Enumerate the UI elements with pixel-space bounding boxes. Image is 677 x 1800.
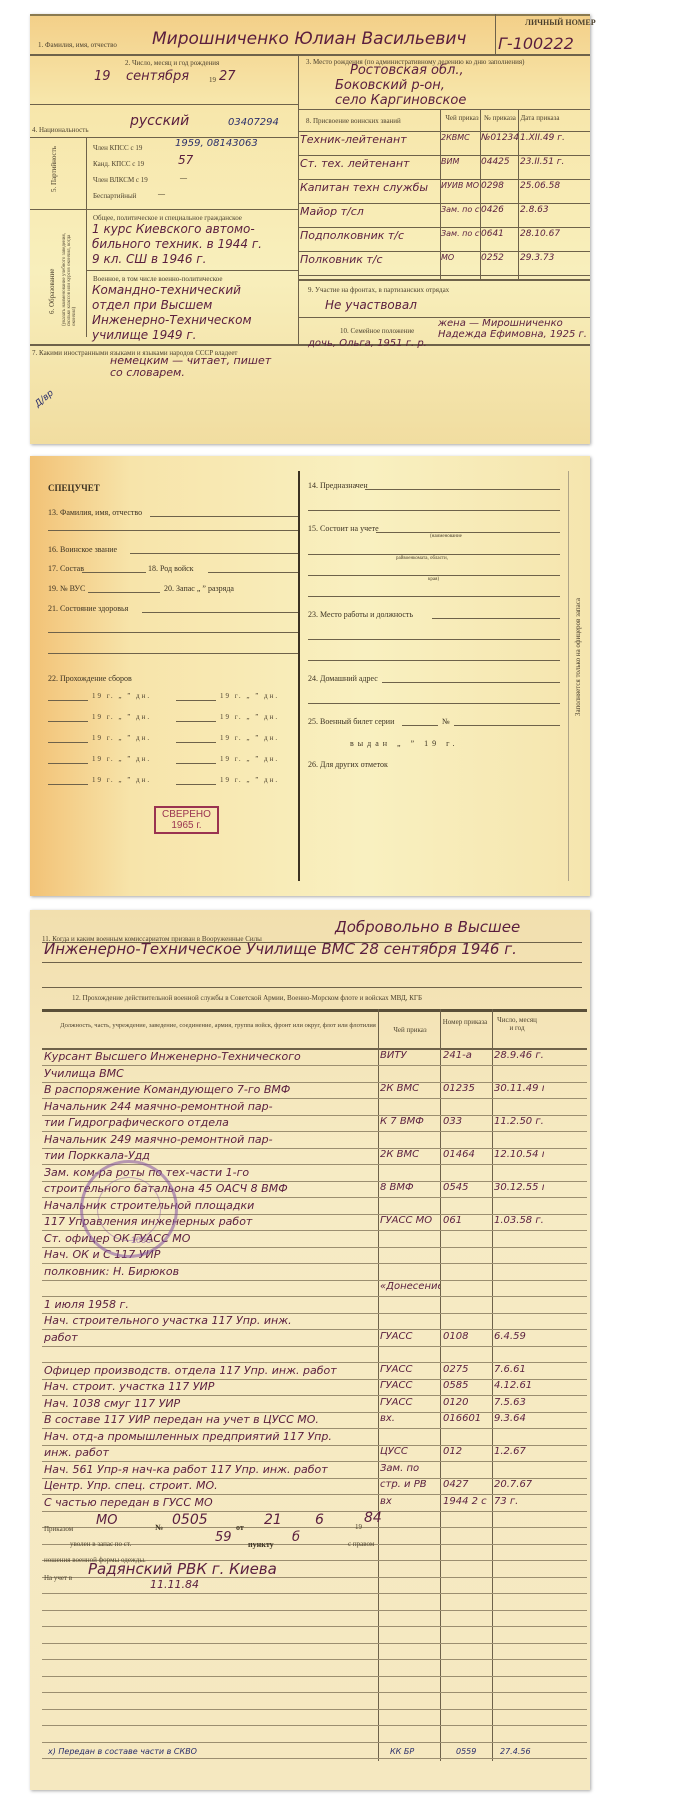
row-line <box>42 1098 587 1099</box>
divider <box>42 1009 587 1012</box>
field-nationality-label: 4. Национальность <box>32 126 89 134</box>
row-line <box>42 1478 587 1479</box>
education-military-label: Военное, в том числе военно-политическое <box>93 275 222 283</box>
row-line <box>42 1296 587 1297</box>
field-line <box>308 575 560 576</box>
family-line: дочь, Ольга, 1951 г. р. <box>308 338 427 349</box>
service-order-date: 6.4.59 <box>494 1331 544 1342</box>
education-general-line: бильного техник. в 1944 г. <box>92 237 262 251</box>
rank-order-by: ИУИВ МО <box>441 181 481 190</box>
ranks-header-by: Чей приказ <box>442 114 482 122</box>
discharge-point: б <box>292 1530 300 1545</box>
rank-order-by: Зам. по стр. и РВ <box>441 205 481 214</box>
row-line <box>42 1346 587 1347</box>
row-line <box>42 1709 587 1710</box>
field-21-label: 21. Состояние здоровья <box>48 604 128 613</box>
service-order-num: 012 <box>443 1446 491 1457</box>
service-order-by: вх. <box>380 1413 440 1424</box>
field-18-label: 18. Род войск <box>148 564 194 573</box>
field-line <box>88 592 160 593</box>
row-line <box>42 1065 587 1066</box>
service-order-by: ГУАСС <box>380 1364 440 1375</box>
rank-order-num: 0252 <box>481 253 519 263</box>
birthplace-line: Ростовская обл., <box>350 63 464 78</box>
row-line <box>42 1692 587 1693</box>
service-order-date: 30.11.49 г. <box>494 1083 544 1094</box>
field-26-label: 26. Для других отметок <box>308 760 388 769</box>
divider <box>378 1009 379 1761</box>
service-position: Курсант Высшего Инженерно-Технического <box>44 1050 378 1063</box>
service-position: тии Порккала-Удд <box>44 1149 378 1162</box>
service-order-date: 7.6.61 <box>494 1364 544 1375</box>
personal-number: Г-100222 <box>498 34 574 53</box>
divider <box>30 137 298 138</box>
service-order-num: 033 <box>443 1116 491 1127</box>
field-15-hint: (наименование <box>430 534 462 539</box>
service-order-num: 0427 <box>443 1479 491 1490</box>
field-line <box>308 554 560 555</box>
education-military-line: отдел при Высшем <box>92 298 212 312</box>
field-line <box>308 639 560 640</box>
field-12-label: 12. Прохождение действительной военной с… <box>72 994 422 1002</box>
divider <box>298 155 590 156</box>
field-24-label: 24. Домашний адрес <box>308 674 378 683</box>
service-order-by: ГУАСС МО <box>380 1215 440 1226</box>
divider <box>495 14 496 54</box>
service-order-num: 01235 <box>443 1083 491 1094</box>
row-line <box>42 1362 587 1363</box>
service-order-date: 20.7.67 <box>494 1479 544 1490</box>
service-order-by: 8 ВМФ <box>380 1182 440 1193</box>
education-military-line: Командно-технический <box>92 283 241 297</box>
field-line <box>48 700 88 701</box>
training-camp-entry: 19 г. „ ” дн. <box>92 713 151 721</box>
row-line <box>42 1445 587 1446</box>
service-order-date: 4.12.61 <box>494 1380 544 1391</box>
education-general-line: 9 кл. СШ в 1946 г. <box>92 252 206 266</box>
family-line: жена — Мирошниченко <box>438 318 563 329</box>
service-order-date: 7.5.63 <box>494 1397 544 1408</box>
field-line <box>176 721 216 722</box>
service-order-by: стр. и РВ <box>380 1479 440 1490</box>
service-position: Нач. 1038 смуг 117 УИР <box>44 1397 378 1410</box>
service-order-by: ЦУСС <box>380 1446 440 1457</box>
divider <box>298 227 590 228</box>
service-position: Центр. Упр. спец. строит. МО. <box>44 1479 378 1492</box>
party-nonparty-value: — <box>158 190 165 198</box>
divider <box>298 131 590 132</box>
service-order-date: 73 г. <box>494 1496 544 1507</box>
divider <box>298 109 590 110</box>
service-order-date: 1.03.58 г. <box>494 1215 544 1226</box>
rank-order-date: 28.10.67 <box>520 229 564 239</box>
divider <box>298 251 590 252</box>
header-by: Чей приказ <box>382 1026 438 1034</box>
birth-year-prefix: 19 <box>209 76 216 84</box>
service-order-date: 30.12.55 г. <box>494 1182 544 1193</box>
verified-stamp: СВЕРЕНО 1965 г. <box>154 806 219 834</box>
row-line <box>42 1659 587 1660</box>
rank-name: Техник-лейтенант <box>300 133 440 146</box>
service-position: тии Гидрографического отдела <box>44 1116 378 1129</box>
rank-order-date: 25.06.58 <box>520 181 564 191</box>
discharge-point-label: пункту <box>248 1540 274 1549</box>
ranks-header-num: № приказа <box>482 114 518 122</box>
footnote: х) Передан в составе части в СКВО <box>48 1747 197 1756</box>
front-participation-label: 9. Участие на фронтах, в партизанских от… <box>308 286 449 294</box>
service-order-by: 2К ВМС <box>380 1149 440 1160</box>
family-label: 10. Семейное положение <box>340 327 414 335</box>
row-line <box>42 1610 587 1611</box>
birth-year: 27 <box>219 69 236 84</box>
row-line <box>42 1725 587 1726</box>
discharge-article-label: уволен в запас по ст. <box>70 1540 131 1548</box>
service-order-num: 0585 <box>443 1380 491 1391</box>
field-line <box>376 532 560 533</box>
row-line <box>42 1593 587 1594</box>
row-line <box>42 1412 587 1413</box>
languages-line: со словарем. <box>110 366 185 379</box>
field-line <box>176 784 216 785</box>
field-13-label: 13. Фамилия, имя, отчество <box>48 508 142 517</box>
row-line <box>42 1329 587 1330</box>
rank-order-date: 29.3.73 <box>520 253 564 263</box>
service-order-num: 0120 <box>443 1397 491 1408</box>
card-title: СПЕЦУЧЕТ <box>48 483 100 493</box>
education-sublabel: (указать наименование учебного заведения… <box>62 216 77 326</box>
divider <box>30 104 298 105</box>
party-komsomol-label: Член ВЛКСМ с 19 <box>93 176 148 184</box>
field-19-label: 19. № ВУС <box>48 584 85 593</box>
stamp-title: СВЕРЕНО <box>162 809 211 820</box>
field-line <box>48 653 300 654</box>
field-line <box>42 987 582 988</box>
discharge-year: 84 <box>364 1510 382 1526</box>
field-20-label: 20. Запас „ ” разряда <box>164 584 234 593</box>
service-position: В составе 117 УИР передан на учет в ЦУСС… <box>44 1413 378 1426</box>
discharge-order-by: МО <box>96 1513 117 1528</box>
rank-order-num: 04425 <box>481 157 519 167</box>
field-line <box>48 632 300 633</box>
row-line <box>42 1626 587 1627</box>
service-order-by: ГУАСС <box>380 1331 440 1342</box>
training-camp-entry: 19 г. „ ” дн. <box>220 776 279 784</box>
family-line: Надежда Ефимовна, 1925 г. <box>438 329 587 340</box>
rank-order-date: 23.II.51 г. <box>520 157 564 167</box>
special-registration-card: СПЕЦУЧЕТ 13. Фамилия, имя, отчество 16. … <box>30 456 590 896</box>
rank-order-date: 1.XII.49 г. <box>520 133 564 143</box>
header-position: Должность, часть, учреждение, заведение,… <box>58 1022 378 1029</box>
party-label: 5. Партийность <box>50 146 58 192</box>
party-komsomol-value: — <box>180 174 187 182</box>
service-order-by: К 7 ВМФ <box>380 1116 440 1127</box>
row-line <box>42 1676 587 1677</box>
divider <box>568 471 569 881</box>
rank-name: Полковник т/с <box>300 253 440 266</box>
row-line <box>42 1494 587 1495</box>
divider <box>298 203 590 204</box>
discharge-no: 0505 <box>172 1512 208 1528</box>
training-camp-entry: 19 г. „ ” дн. <box>220 713 279 721</box>
row-line <box>42 1082 587 1083</box>
service-position: Училища ВМС <box>44 1067 378 1080</box>
field-line <box>402 725 438 726</box>
field-line <box>454 725 560 726</box>
divider <box>30 209 298 210</box>
training-camp-entry: 19 г. „ ” дн. <box>220 692 279 700</box>
rank-order-by: ВИМ <box>441 157 481 166</box>
service-order-date: 9.3.64 <box>494 1413 544 1424</box>
side-note: Заполняется только на офицеров запаса <box>574 598 582 716</box>
row-line <box>42 1280 587 1281</box>
field-line <box>48 763 88 764</box>
nationality-note: 03407294 <box>228 117 279 128</box>
discharge-month: 6 <box>315 1512 324 1528</box>
service-position: С частью передан в ГУСС МО <box>44 1496 378 1509</box>
row-line <box>42 1395 587 1396</box>
service-position: Офицер производств. отдела 117 Упр. инж.… <box>44 1364 378 1377</box>
rank-order-by: МО <box>441 253 481 262</box>
service-position: 1 июля 1958 г. <box>44 1298 378 1311</box>
registered-label: На учет в <box>44 1574 72 1582</box>
service-order-by: вх <box>380 1496 440 1507</box>
service-order-num: 016601 <box>443 1413 491 1424</box>
field-line <box>432 618 560 619</box>
rank-order-by: 2КВМС <box>441 133 481 142</box>
header-date: Число, месяц и год <box>496 1016 538 1032</box>
field-22-label: 22. Прохождение сборов <box>48 674 132 683</box>
field-11-line: Добровольно в Высшее <box>335 918 520 936</box>
stamp-date: 1965 г. <box>162 820 211 831</box>
header-num: Номер приказа <box>442 1018 488 1026</box>
divider <box>30 14 590 16</box>
service-position: инж. работ <box>44 1446 378 1459</box>
divider <box>298 471 300 881</box>
field-15-hint: края) <box>428 577 439 582</box>
service-order-by: «Донесение» <box>380 1281 440 1292</box>
field-11-line: Инженерно-Техническое Училище ВМС 28 сен… <box>44 940 517 958</box>
official-seal: 1096 <box>80 1160 178 1258</box>
row-line <box>42 1115 587 1116</box>
service-order-by: ВИТУ <box>380 1050 440 1061</box>
field-15-label: 15. Состоит на учете <box>308 524 379 533</box>
divider <box>298 279 590 281</box>
row-line <box>42 1742 587 1743</box>
field-line <box>176 742 216 743</box>
field-line <box>365 489 560 490</box>
discharge-no-label: № <box>155 1523 163 1532</box>
service-order-num: 01464 <box>443 1149 491 1160</box>
row-line <box>42 1263 587 1264</box>
personal-number-label: ЛИЧНЫЙ НОМЕР <box>525 18 596 27</box>
divider <box>440 1009 441 1761</box>
rank-name: Ст. тех. лейтенант <box>300 157 440 170</box>
field-line <box>176 763 216 764</box>
field-line <box>130 553 300 554</box>
field-15-hint: райвоенкомата, области, <box>396 556 448 561</box>
service-order-num: 0545 <box>443 1182 491 1193</box>
field-line <box>150 516 300 517</box>
service-position: Нач. строит. участка 117 УИР <box>44 1380 378 1393</box>
discharge-order-label: Приказом <box>44 1525 73 1533</box>
field-line <box>48 784 88 785</box>
field-line <box>308 660 560 661</box>
service-order-date: 1.2.67 <box>494 1446 544 1457</box>
rank-order-by: Зам. по стр. и РВ <box>441 229 481 238</box>
discharge-suffix: с правом <box>348 1540 374 1548</box>
footnote-num: 0559 <box>456 1747 476 1756</box>
field-line <box>176 700 216 701</box>
field-line <box>382 682 560 683</box>
rank-order-num: №01234 <box>481 133 519 143</box>
party-candidate-value: 57 <box>178 153 193 167</box>
front-participation-value: Не участвовал <box>325 298 417 312</box>
education-military-line: Инженерно-Техническом <box>92 313 252 327</box>
rank-order-num: 0298 <box>481 181 519 191</box>
service-position: полковник: Н. Бирюков <box>44 1265 378 1278</box>
education-military-line: училище 1949 г. <box>92 328 196 342</box>
birthplace-line: Боковский р-он, <box>335 78 445 93</box>
service-position: В распоряжение Командующего 7-го ВМФ <box>44 1083 378 1096</box>
divider <box>298 179 590 180</box>
field-name-value: Мирошниченко Юлиан Васильевич <box>152 29 466 49</box>
field-line <box>208 572 300 573</box>
registered-date: 11.11.84 <box>150 1578 199 1591</box>
service-record-card: 11. Когда и каким военным комиссариатом … <box>30 910 590 1790</box>
party-nonparty-label: Беспартийный <box>93 192 136 200</box>
field-25-label: 25. Военный билет серии <box>308 717 394 726</box>
field-nationality-value: русский <box>130 113 189 129</box>
divider <box>30 54 590 56</box>
row-line <box>42 1643 587 1644</box>
service-position: работ <box>44 1331 378 1344</box>
field-line <box>48 530 300 531</box>
field-name-label: 1. Фамилия, имя, отчество <box>38 41 117 49</box>
birth-day: 19 <box>94 69 111 84</box>
service-order-num: 241-а <box>443 1050 491 1061</box>
field-25-issued: выдан „ ” 19 г. <box>350 739 459 748</box>
service-order-by: ГУАСС <box>380 1380 440 1391</box>
discharge-from-label: от <box>236 1523 244 1532</box>
field-line <box>48 742 88 743</box>
margin-note: Д/вр <box>33 388 56 409</box>
field-line <box>82 572 146 573</box>
row-line <box>42 1758 587 1759</box>
field-birthdate-label: 2. Число, месяц и год рождения <box>125 59 219 67</box>
service-order-num: 0275 <box>443 1364 491 1375</box>
training-camp-entry: 19 г. „ ” дн. <box>92 692 151 700</box>
divider <box>298 54 299 344</box>
education-general-line: 1 курс Киевского автомо- <box>92 222 255 236</box>
birth-month: сентября <box>126 69 189 84</box>
field-line <box>308 510 560 511</box>
party-member-label: Член КПСС с 19 <box>93 144 142 152</box>
field-25-no: № <box>442 717 450 726</box>
row-line <box>42 1428 587 1429</box>
ranks-label: 8. Присвоение воинских званий <box>306 117 401 125</box>
row-line <box>42 1148 587 1149</box>
service-order-by: Зам. по <box>380 1463 440 1474</box>
service-position: Нач. 561 Упр-я нач-ка работ 117 Упр. инж… <box>44 1463 378 1476</box>
row-line <box>42 1461 587 1462</box>
party-candidate-label: Канд. КПСС с 19 <box>93 160 144 168</box>
rank-order-num: 0426 <box>481 205 519 215</box>
divider <box>298 275 590 276</box>
registered-value: Радянский РВК г. Киева <box>88 1560 277 1578</box>
training-camp-entry: 19 г. „ ” дн. <box>220 734 279 742</box>
field-line <box>308 703 560 704</box>
party-member-value: 1959, 08143063 <box>175 138 258 149</box>
service-order-num: 061 <box>443 1215 491 1226</box>
divider <box>492 1009 493 1761</box>
field-line <box>48 721 88 722</box>
ranks-header-date: Дата приказа <box>520 114 560 122</box>
service-position: Нач. отд-а промышленных предприятий 117 … <box>44 1430 378 1443</box>
personnel-card-front: ЛИЧНЫЙ НОМЕР Г-100222 1. Фамилия, имя, о… <box>30 14 590 444</box>
rank-name: Подполковник т/с <box>300 229 440 242</box>
divider <box>86 137 87 337</box>
education-label: 6. Образование <box>48 269 56 314</box>
service-order-date: 12.10.54 г. <box>494 1149 544 1160</box>
field-17-label: 17. Состав <box>48 564 84 573</box>
rank-name: Майор т/сл <box>300 205 440 218</box>
service-order-date: 11.2.50 г. <box>494 1116 544 1127</box>
birthplace-line: село Каргиновское <box>335 93 466 108</box>
divider <box>86 270 298 271</box>
service-order-num: 1944 2 с <box>443 1496 491 1507</box>
service-order-num: 0108 <box>443 1331 491 1342</box>
service-position: Нач. ОК и С 117 УИР <box>44 1248 378 1261</box>
rank-order-num: 0641 <box>481 229 519 239</box>
training-camp-entry: 19 г. „ ” дн. <box>92 776 151 784</box>
field-14-label: 14. Предназначен <box>308 481 368 490</box>
training-camp-entry: 19 г. „ ” дн. <box>92 734 151 742</box>
service-position: Нач. строительного участка 117 Упр. инж. <box>44 1314 378 1327</box>
rank-name: Капитан техн службы <box>300 181 440 194</box>
seal-text: 1096 <box>131 1235 151 1245</box>
service-order-date: 28.9.46 г. <box>494 1050 544 1061</box>
training-camp-entry: 19 г. „ ” дн. <box>220 755 279 763</box>
field-16-label: 16. Воинское звание <box>48 545 117 554</box>
discharge-year-prefix: 19 <box>355 1523 362 1531</box>
service-position: Начальник 249 маячно-ремонтной пар- <box>44 1133 378 1146</box>
field-23-label: 23. Место работы и должность <box>308 610 413 619</box>
service-order-by: ГУАСС <box>380 1397 440 1408</box>
discharge-article: 59 <box>215 1530 232 1545</box>
row-line <box>42 1313 587 1314</box>
footnote-date: 27.4.56 <box>500 1747 531 1756</box>
rank-order-date: 2.8.63 <box>520 205 564 215</box>
service-position: Начальник 244 маячно-ремонтной пар- <box>44 1100 378 1113</box>
field-line <box>42 962 582 963</box>
row-line <box>42 1379 587 1380</box>
training-camp-entry: 19 г. „ ” дн. <box>92 755 151 763</box>
service-order-by: 2К ВМС <box>380 1083 440 1094</box>
field-line <box>142 612 300 613</box>
field-line <box>308 596 560 597</box>
discharge-day: 21 <box>264 1512 282 1528</box>
education-general-label: Общее, политическое и специальное гражда… <box>93 214 242 222</box>
row-line <box>42 1131 587 1132</box>
footnote-by: КК БР <box>390 1747 414 1756</box>
